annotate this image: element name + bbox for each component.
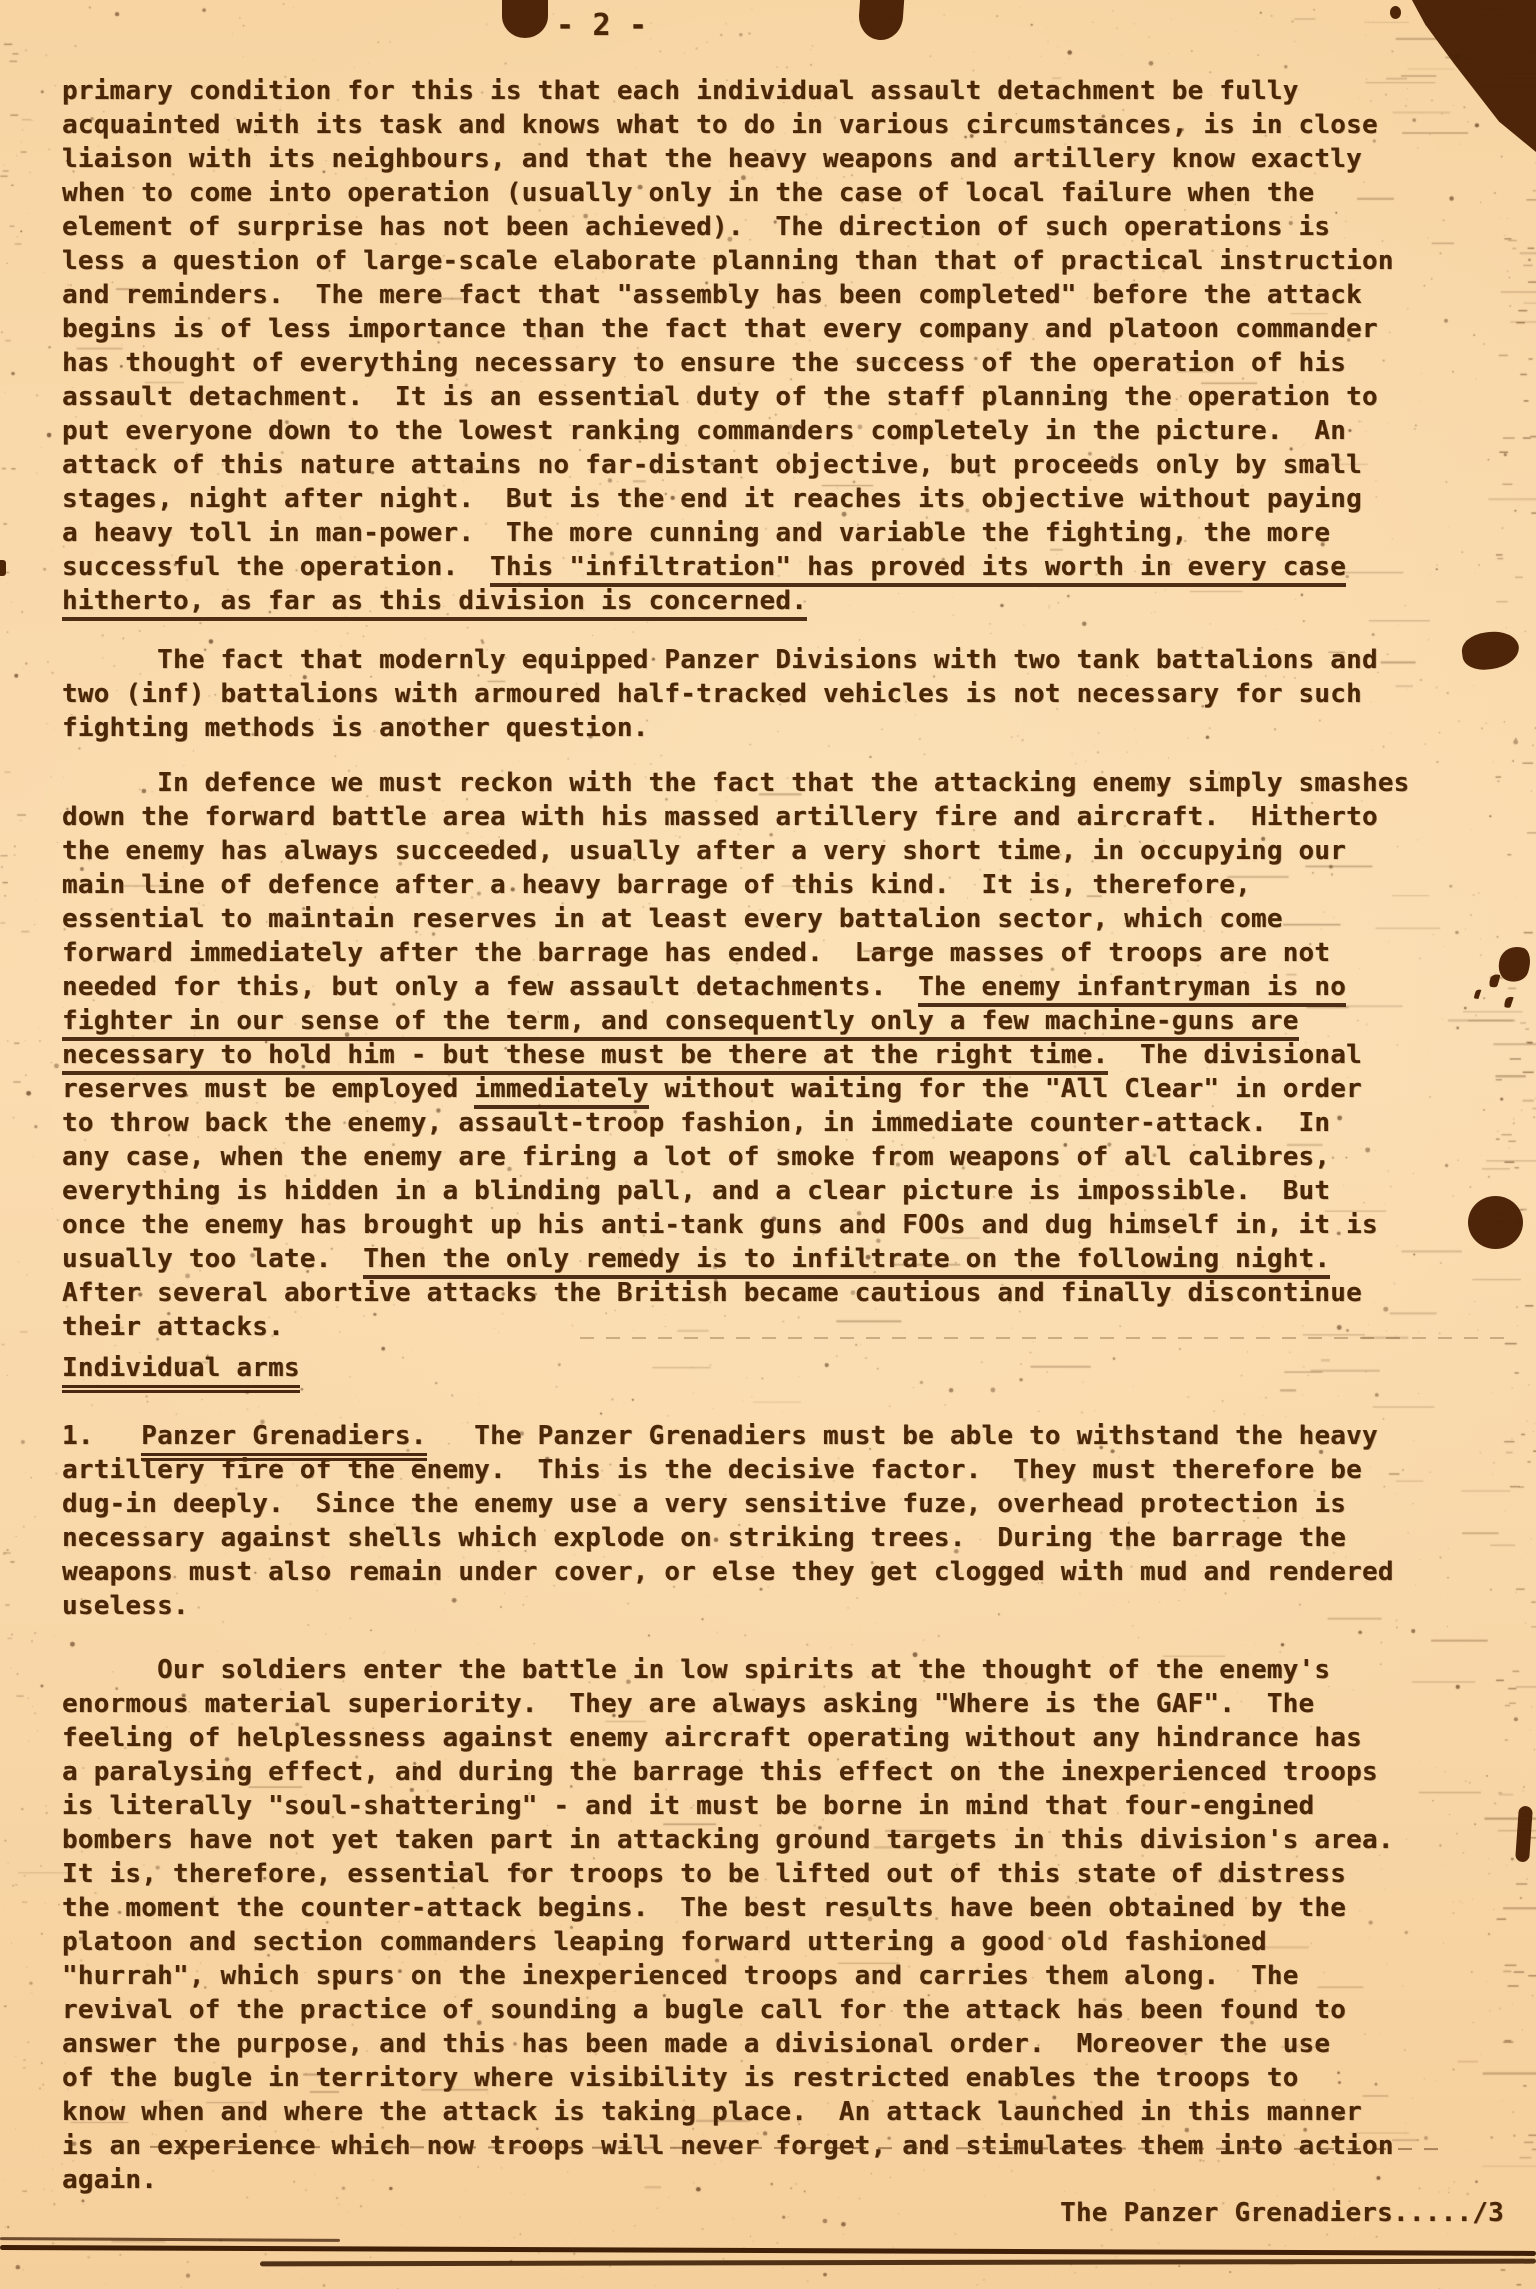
heading-individual-arms: Individual arms <box>62 1351 1510 1385</box>
scan-crease-line <box>0 2237 340 2242</box>
text-segment: feeling of helplessness against enemy ai… <box>62 1723 1362 1753</box>
text-line: Our soldiers enter the battle in low spi… <box>62 1653 1510 1687</box>
text-line: Individual arms <box>62 1351 1510 1385</box>
text-line: main line of defence after a heavy barra… <box>62 868 1510 902</box>
text-segment: bombers have not yet taken part in attac… <box>62 1825 1394 1855</box>
text-segment: After several abortive attacks the Briti… <box>62 1278 1362 1308</box>
paragraph-morale: Our soldiers enter the battle in low spi… <box>62 1653 1510 2197</box>
edge-mark <box>0 560 6 576</box>
text-line: It is, therefore, essential for troops t… <box>62 1857 1510 1891</box>
text-line: revival of the practice of sounding a bu… <box>62 1993 1510 2027</box>
text-segment: The Panzer Grenadiers must be able to wi… <box>427 1421 1378 1451</box>
underlined-text: fighter in our sense of the term, and co… <box>62 1006 1299 1041</box>
text-line: everything is hidden in a blinding pall,… <box>62 1174 1510 1208</box>
text-segment: artillery fire of the enemy. This is the… <box>62 1455 1362 1485</box>
paragraph-panzer-grenadiers: 1. Panzer Grenadiers. The Panzer Grenadi… <box>62 1419 1510 1623</box>
text-segment: forward immediately after the barrage ha… <box>62 938 1330 968</box>
ink-streak <box>1515 1806 1533 1863</box>
text-line: reserves must be employed immediately wi… <box>62 1072 1510 1106</box>
text-segment: a paralysing effect, and during the barr… <box>62 1757 1378 1787</box>
text-line: the enemy has always succeeded, usually … <box>62 834 1510 868</box>
text-segment: is literally "soul-shattering" - and it … <box>62 1791 1314 1821</box>
text-segment: The divisional <box>1108 1040 1362 1070</box>
text-line: successful the operation. This "infiltra… <box>62 550 1510 584</box>
text-segment: primary condition for this is that each … <box>62 76 1299 106</box>
text-line: acquainted with its task and knows what … <box>62 108 1510 142</box>
text-segment: reserves must be employed <box>62 1074 474 1104</box>
underlined-text: necessary to hold him - but these must b… <box>62 1040 1108 1075</box>
text-line: necessary to hold him - but these must b… <box>62 1038 1510 1072</box>
text-line: to throw back the enemy, assault-troop f… <box>62 1106 1510 1140</box>
text-segment: It is, therefore, essential for troops t… <box>62 1859 1346 1889</box>
text-line: fighting methods is another question. <box>62 711 1510 745</box>
text-segment: In defence we must reckon with the fact … <box>62 768 1410 798</box>
text-line: enormous material superiority. They are … <box>62 1687 1510 1721</box>
text-segment: weapons must also remain under cover, or… <box>62 1557 1394 1587</box>
text-line: of the bugle in territory where visibili… <box>62 2061 1510 2095</box>
text-line: put everyone down to the lowest ranking … <box>62 414 1510 448</box>
text-segment: of the bugle in territory where visibili… <box>62 2063 1299 2093</box>
text-line: essential to maintain reserves in at lea… <box>62 902 1510 936</box>
text-line: dug-in deeply. Since the enemy use a ver… <box>62 1487 1510 1521</box>
text-line: any case, when the enemy are firing a lo… <box>62 1140 1510 1174</box>
text-segment: acquainted with its task and knows what … <box>62 110 1378 140</box>
text-segment: useless. <box>62 1591 189 1621</box>
scan-streak <box>580 1337 1510 1339</box>
paragraph-infiltration: primary condition for this is that each … <box>62 74 1510 618</box>
text-segment: element of surprise has not been achieve… <box>62 212 1330 242</box>
text-segment: know when and where the attack is taking… <box>62 2097 1362 2127</box>
text-line: needed for this, but only a few assault … <box>62 970 1510 1004</box>
text-segment: a heavy toll in man-power. The more cunn… <box>62 518 1330 548</box>
text-line: weapons must also remain under cover, or… <box>62 1555 1510 1589</box>
text-line: In defence we must reckon with the fact … <box>62 766 1510 800</box>
text-line: 1. Panzer Grenadiers. The Panzer Grenadi… <box>62 1419 1510 1453</box>
text-segment: platoon and section commanders leaping f… <box>62 1927 1267 1957</box>
text-line: down the forward battle area with his ma… <box>62 800 1510 834</box>
text-line: useless. <box>62 1589 1510 1623</box>
text-line: primary condition for this is that each … <box>62 74 1510 108</box>
text-segment: assault detachment. It is an essential d… <box>62 382 1378 412</box>
text-line: and reminders. The mere fact that "assem… <box>62 278 1510 312</box>
text-line: The fact that modernly equipped Panzer D… <box>62 643 1510 677</box>
hole-punch-mark-left <box>502 0 548 38</box>
text-segment: begins is of less importance than the fa… <box>62 314 1378 344</box>
text-segment: the enemy has always succeeded, usually … <box>62 836 1346 866</box>
document-body: primary condition for this is that each … <box>62 74 1510 2197</box>
text-segment: attack of this nature attains no far-dis… <box>62 450 1362 480</box>
text-line: liaison with its neighbours, and that th… <box>62 142 1510 176</box>
text-segment: has thought of everything necessary to e… <box>62 348 1346 378</box>
underlined-text: Then the only remedy is to infiltrate on… <box>363 1244 1330 1279</box>
text-line: assault detachment. It is an essential d… <box>62 380 1510 414</box>
text-segment: any case, when the enemy are firing a lo… <box>62 1142 1330 1172</box>
text-line: element of surprise has not been achieve… <box>62 210 1510 244</box>
text-segment: when to come into operation (usually onl… <box>62 178 1314 208</box>
text-line: After several abortive attacks the Briti… <box>62 1276 1510 1310</box>
text-segment: usually too late. <box>62 1244 363 1274</box>
underlined-text: immediately <box>474 1074 648 1109</box>
paragraph-defence: In defence we must reckon with the fact … <box>62 766 1510 1344</box>
text-line: answer the purpose, and this has been ma… <box>62 2027 1510 2061</box>
text-segment: fighting methods is another question. <box>62 713 649 743</box>
text-line: know when and where the attack is taking… <box>62 2095 1510 2129</box>
hole-punch-dot <box>1468 1196 1523 1249</box>
text-line: stages, night after night. But is the en… <box>62 482 1510 516</box>
page-number: - 2 - <box>556 8 647 43</box>
text-segment: essential to maintain reserves in at lea… <box>62 904 1283 934</box>
text-segment: main line of defence after a heavy barra… <box>62 870 1251 900</box>
text-line: a paralysing effect, and during the barr… <box>62 1755 1510 1789</box>
text-segment: liaison with its neighbours, and that th… <box>62 144 1362 174</box>
text-segment: Our soldiers enter the battle in low spi… <box>62 1655 1330 1685</box>
text-segment: two (inf) battalions with armoured half-… <box>62 679 1362 709</box>
text-line: again. <box>62 2163 1510 2197</box>
underlined-text: The enemy infantryman is no <box>918 972 1346 1007</box>
text-segment: and reminders. The mere fact that "assem… <box>62 280 1362 310</box>
text-line: usually too late. Then the only remedy i… <box>62 1242 1510 1276</box>
text-line: feeling of helplessness against enemy ai… <box>62 1721 1510 1755</box>
text-line: attack of this nature attains no far-dis… <box>62 448 1510 482</box>
text-segment: put everyone down to the lowest ranking … <box>62 416 1346 446</box>
text-segment: once the enemy has brought up his anti-t… <box>62 1210 1378 1240</box>
hole-punch-mark-right <box>857 0 904 41</box>
text-line: is literally "soul-shattering" - and it … <box>62 1789 1510 1823</box>
text-segment: without waiting for the "All Clear" in o… <box>649 1074 1362 1104</box>
paragraph-panzer-divisions: The fact that modernly equipped Panzer D… <box>62 643 1510 745</box>
text-line: "hurrah", which spurs on the inexperienc… <box>62 1959 1510 1993</box>
text-segment: less a question of large-scale elaborate… <box>62 246 1394 276</box>
underlined-text: This "infiltration" has proved its worth… <box>490 552 1346 587</box>
text-segment: needed for this, but only a few assault … <box>62 972 918 1002</box>
text-segment: everything is hidden in a blinding pall,… <box>62 1176 1330 1206</box>
text-line: platoon and section commanders leaping f… <box>62 1925 1510 1959</box>
text-line: fighter in our sense of the term, and co… <box>62 1004 1510 1038</box>
text-line: a heavy toll in man-power. The more cunn… <box>62 516 1510 550</box>
text-segment: 1. <box>62 1421 141 1451</box>
text-segment: again. <box>62 2165 157 2195</box>
scan-crease-line <box>260 2259 1536 2267</box>
text-segment: revival of the practice of sounding a bu… <box>62 1995 1346 2025</box>
text-line: begins is of less importance than the fa… <box>62 312 1510 346</box>
text-line: when to come into operation (usually onl… <box>62 176 1510 210</box>
text-line: forward immediately after the barrage ha… <box>62 936 1510 970</box>
text-line: artillery fire of the enemy. This is the… <box>62 1453 1510 1487</box>
text-segment: The fact that modernly equipped Panzer D… <box>62 645 1378 675</box>
text-line: the moment the counter-attack begins. Th… <box>62 1891 1510 1925</box>
text-segment: "hurrah", which spurs on the inexperienc… <box>62 1961 1299 1991</box>
text-segment: necessary against shells which explode o… <box>62 1523 1346 1553</box>
text-line: once the enemy has brought up his anti-t… <box>62 1208 1510 1242</box>
text-segment: down the forward battle area with his ma… <box>62 802 1378 832</box>
ink-dot <box>1390 6 1401 19</box>
text-line: has thought of everything necessary to e… <box>62 346 1510 380</box>
text-line: bombers have not yet taken part in attac… <box>62 1823 1510 1857</box>
underlined-text: Individual arms <box>62 1353 300 1393</box>
text-segment: successful the operation. <box>62 552 490 582</box>
underlined-text: hitherto, as far as this division is con… <box>62 586 807 621</box>
text-segment: their attacks. <box>62 1312 284 1342</box>
footer-continuation-note: The Panzer Grenadiers...../3 <box>1060 2198 1504 2228</box>
text-line: less a question of large-scale elaborate… <box>62 244 1510 278</box>
text-line: hitherto, as far as this division is con… <box>62 584 1510 618</box>
text-line: two (inf) battalions with armoured half-… <box>62 677 1510 711</box>
text-segment: the moment the counter-attack begins. Th… <box>62 1893 1346 1923</box>
text-segment: dug-in deeply. Since the enemy use a ver… <box>62 1489 1346 1519</box>
text-segment: stages, night after night. But is the en… <box>62 484 1362 514</box>
text-segment: enormous material superiority. They are … <box>62 1689 1314 1719</box>
text-segment: answer the purpose, and this has been ma… <box>62 2029 1330 2059</box>
text-segment: to throw back the enemy, assault-troop f… <box>62 1108 1330 1138</box>
scan-crease-line <box>0 2245 1536 2256</box>
scanned-typewritten-page: - 2 - primary condition for this is that… <box>0 0 1536 2289</box>
text-line: necessary against shells which explode o… <box>62 1521 1510 1555</box>
